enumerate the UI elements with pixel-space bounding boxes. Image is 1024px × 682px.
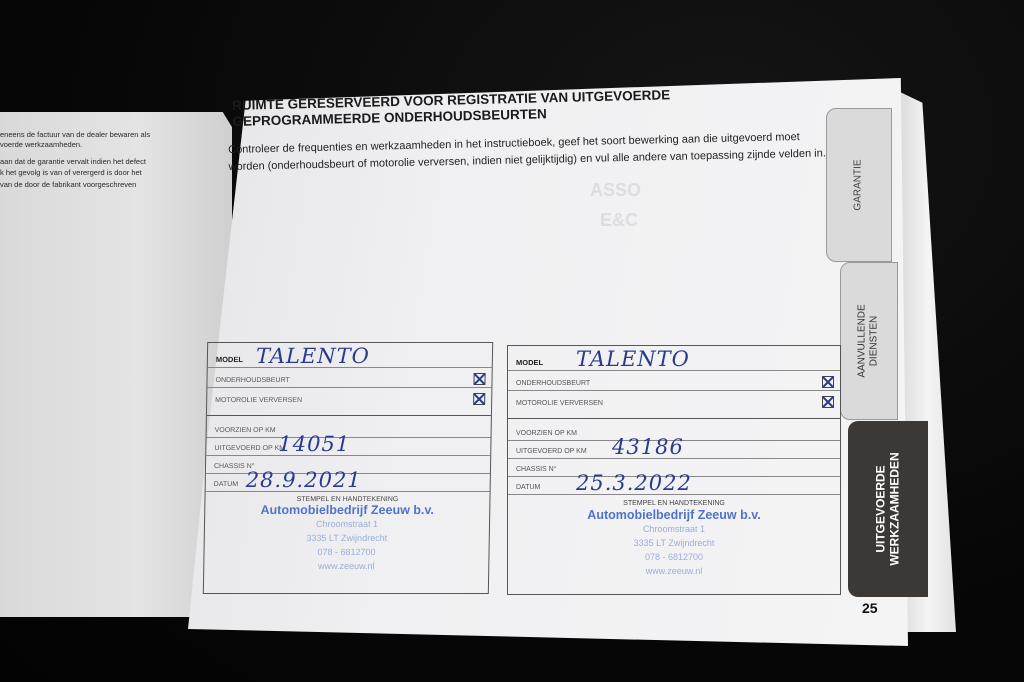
uitgevoerd-row: UITGEVOERD OP km 43186 <box>508 440 840 459</box>
stamp-street: Chroomstraat 1 <box>508 522 840 536</box>
uitgevoerd-label: UITGEVOERD OP km <box>516 448 587 455</box>
onderhoudsbeurt-checkbox[interactable] <box>473 373 485 385</box>
model-row: MODEL TALENTO <box>508 348 840 371</box>
left-page-text-line: voerde werkzaamheden. <box>0 140 82 149</box>
datum-value: 25.3.2022 <box>576 471 692 495</box>
left-page-text-line: van de door de fabrikant voorgeschreven <box>0 180 136 189</box>
stamp-phone: 078 - 6812700 <box>204 545 488 559</box>
onderhoudsbeurt-row: ONDERHOUDSBEURT <box>508 370 840 391</box>
uitgevoerd-row: UITGEVOERD OP km 14051 <box>206 437 490 456</box>
divider <box>207 415 491 416</box>
datum-label: DATUM <box>516 484 540 491</box>
stamp-city: 3335 LT Zwijndrecht <box>205 531 489 545</box>
left-page-text-line: eneens de factuur van de dealer bewaren … <box>0 130 150 139</box>
datum-label: DATUM <box>214 481 238 488</box>
stamp-company: Automobielbedrijf Zeeuw b.v. <box>205 503 489 517</box>
datum-value: 28.9.2021 <box>246 468 362 492</box>
show-through-text: E&C <box>600 210 638 231</box>
stamp-city: 3335 LT Zwijndrecht <box>508 536 840 550</box>
tab-label: AANVULLENDE DIENSTEN <box>857 304 881 377</box>
model-row: MODEL TALENTO <box>208 345 492 368</box>
chassis-label: CHASSIS N° <box>516 466 557 473</box>
tab-aanvullende-diensten[interactable]: AANVULLENDE DIENSTEN <box>840 262 898 420</box>
datum-row: DATUM 25.3.2022 <box>508 476 840 495</box>
maintenance-record-1: MODEL TALENTO ONDERHOUDSBEURT MOTOROLIE … <box>203 342 493 594</box>
uitgevoerd-value: 14051 <box>278 432 350 456</box>
tab-label: GARANTIE <box>853 159 865 210</box>
stamp-label: STEMPEL EN HANDTEKENING <box>508 500 840 507</box>
motorolie-checkbox[interactable] <box>822 396 834 408</box>
dealer-stamp: Automobielbedrijf Zeeuw b.v. Chroomstraa… <box>204 503 489 573</box>
stamp-phone: 078 - 6812700 <box>508 550 840 564</box>
uitgevoerd-value: 43186 <box>612 435 684 459</box>
voorzien-label: VOORZIEN OP km <box>516 430 577 437</box>
datum-row: DATUM 28.9.2021 <box>206 473 490 492</box>
model-label: MODEL <box>216 355 243 364</box>
model-value: TALENTO <box>256 344 370 368</box>
tab-uitgevoerde-werkzaamheden[interactable]: UITGEVOERDE WERKZAAMHEDEN <box>848 421 928 597</box>
onderhoudsbeurt-label: ONDERHOUDSBEURT <box>516 380 590 387</box>
motorolie-label: MOTOROLIE VERVERSEN <box>215 397 302 404</box>
divider <box>508 418 840 419</box>
model-value: TALENTO <box>576 347 690 371</box>
motorolie-checkbox[interactable] <box>473 393 485 405</box>
onderhoudsbeurt-checkbox[interactable] <box>822 376 834 388</box>
onderhoudsbeurt-row: ONDERHOUDSBEURT <box>207 367 491 388</box>
left-page-text-line: aan dat de garantie vervalt indien het d… <box>0 157 146 166</box>
stamp-web: www.zeeuw.nl <box>204 559 488 573</box>
left-page-text-line: k het gevolg is van of verergerd is door… <box>0 168 142 177</box>
stamp-street: Chroomstraat 1 <box>205 517 489 531</box>
model-label: MODEL <box>516 358 543 367</box>
show-through-text: ASSO <box>590 180 641 201</box>
tab-garantie[interactable]: GARANTIE <box>826 108 892 262</box>
uitgevoerd-label: UITGEVOERD OP km <box>214 445 285 452</box>
stamp-company: Automobielbedrijf Zeeuw b.v. <box>508 508 840 522</box>
maintenance-record-2: MODEL TALENTO ONDERHOUDSBEURT MOTOROLIE … <box>507 345 841 595</box>
onderhoudsbeurt-label: ONDERHOUDSBEURT <box>215 377 289 384</box>
motorolie-row: MOTOROLIE VERVERSEN <box>207 387 491 407</box>
dealer-stamp: Automobielbedrijf Zeeuw b.v. Chroomstraa… <box>508 508 840 578</box>
motorolie-row: MOTOROLIE VERVERSEN <box>508 390 840 410</box>
stamp-label: STEMPEL EN HANDTEKENING <box>205 496 489 503</box>
tab-label: UITGEVOERDE WERKZAAMHEDEN <box>874 452 902 565</box>
voorzien-label: VOORZIEN OP km <box>215 427 276 434</box>
motorolie-label: MOTOROLIE VERVERSEN <box>516 400 603 407</box>
stamp-web: www.zeeuw.nl <box>508 564 840 578</box>
page-number: 25 <box>862 600 878 616</box>
